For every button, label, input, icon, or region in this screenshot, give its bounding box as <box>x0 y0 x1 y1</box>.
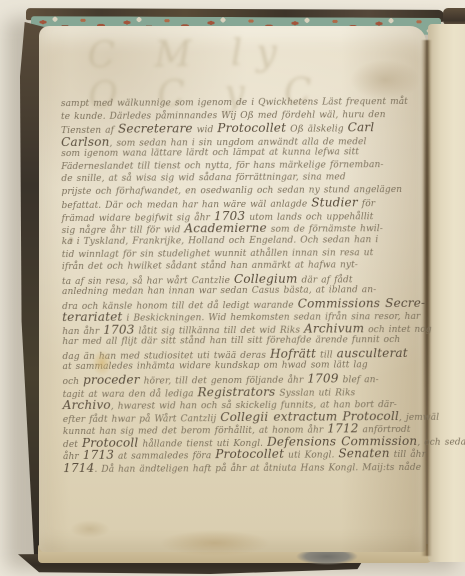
manuscript-line: 1714. Då han ändteligen haft på åhr at å… <box>63 460 415 475</box>
manuscript-line: tid winnlagt för sin studelighet wunnit … <box>62 246 414 261</box>
manuscript-line: Carlson, som sedan han i sin ungdom anwä… <box>61 134 413 149</box>
manuscript-line: Fäderneslandet till tienst och nytta, fö… <box>61 159 413 174</box>
manuscript-photo: C M lyO C y C sampt med wälkunnige som i… <box>0 0 465 576</box>
manuscript-text-block: sampt med wälkunnige som igenom de i Qwi… <box>61 96 415 475</box>
right-page <box>428 24 465 562</box>
